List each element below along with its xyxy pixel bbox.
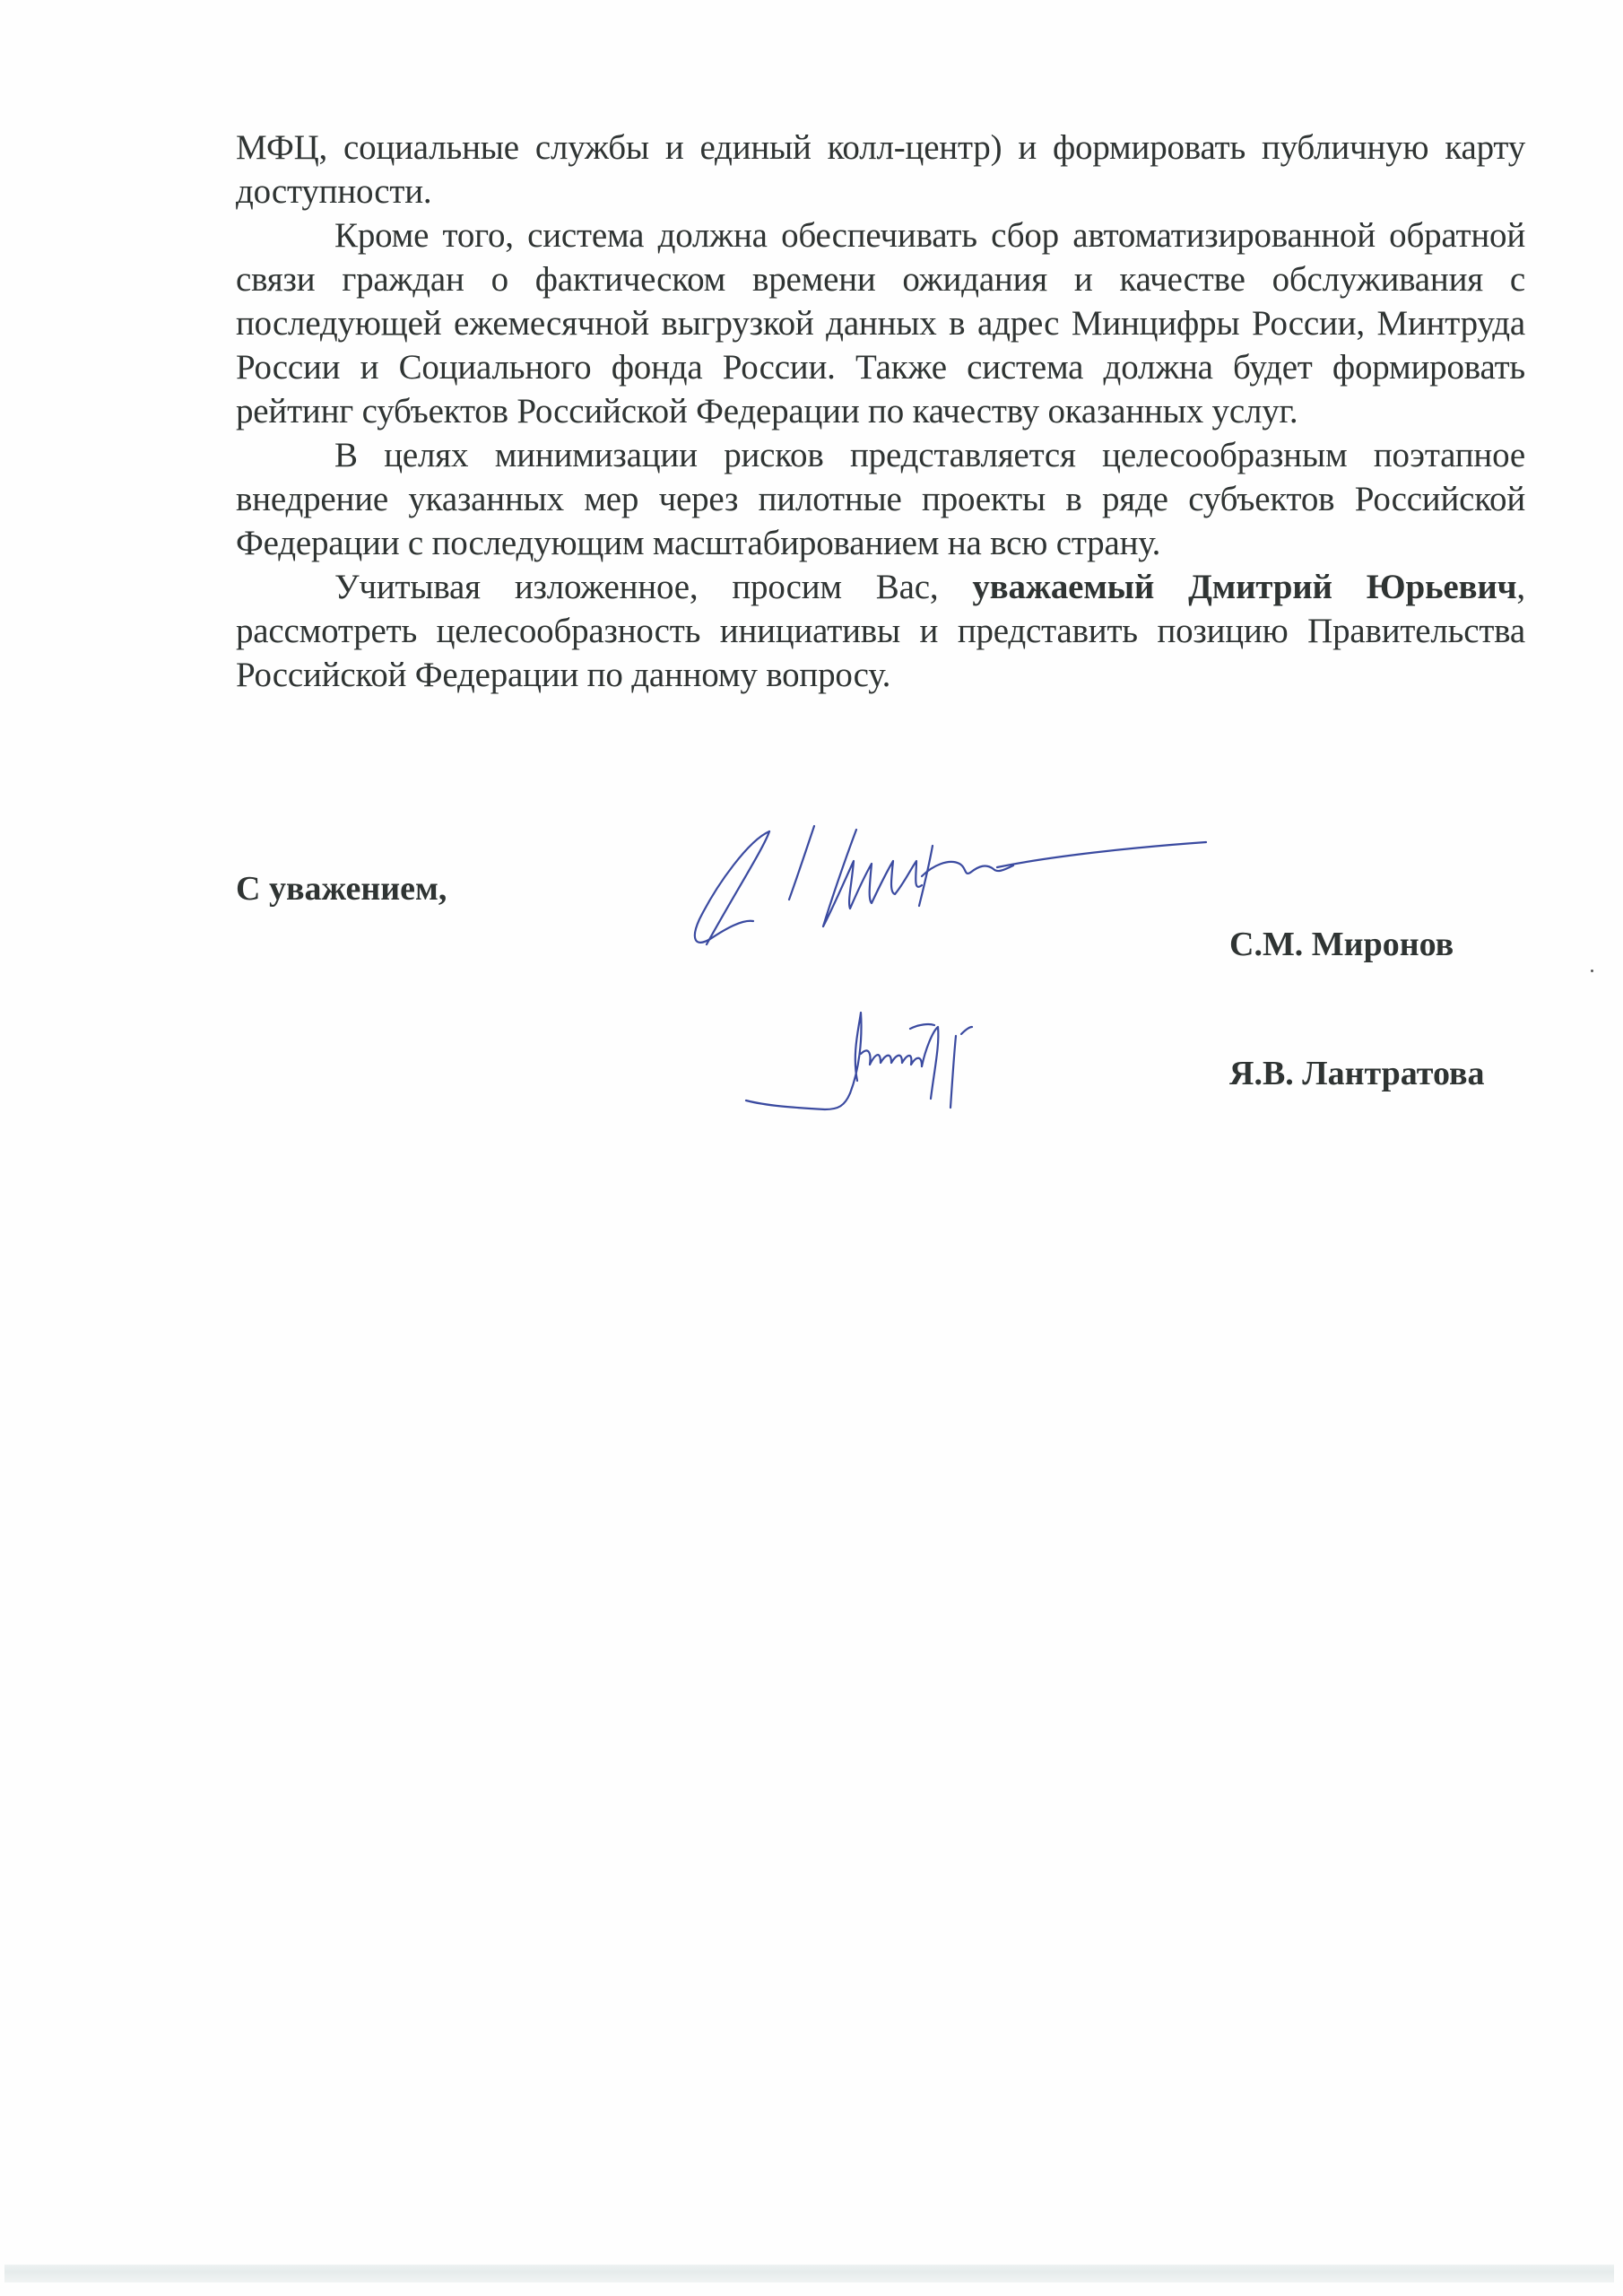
document-page: МФЦ, социальные службы и единый колл-цен… — [0, 0, 1623, 2296]
signatory-name-mironov: С.М. Миронов — [1229, 924, 1454, 965]
paragraph-1: МФЦ, социальные службы и единый колл-цен… — [236, 126, 1525, 213]
signatory-name-lantratova: Я.В. Лантратова — [1229, 1053, 1485, 1094]
closing-phrase: С уважением, — [236, 868, 447, 909]
scan-edge-band — [4, 2265, 1614, 2283]
signature-mironov-icon — [664, 821, 1273, 955]
paragraph-4-lead: Учитывая изложенное, просим Вас, — [334, 568, 972, 606]
paragraph-3: В целях минимизации рисков представляетс… — [236, 433, 1525, 565]
paragraph-4: Учитывая изложенное, просим Вас, уважаем… — [236, 565, 1525, 697]
addressee-salutation: уважаемый Дмитрий Юрьевич — [972, 568, 1516, 606]
letter-body: МФЦ, социальные службы и единый колл-цен… — [236, 126, 1525, 697]
scan-speck — [1591, 970, 1593, 972]
signature-lantratova-icon — [726, 1000, 1103, 1135]
paragraph-2: Кроме того, система должна обеспечивать … — [236, 213, 1525, 433]
